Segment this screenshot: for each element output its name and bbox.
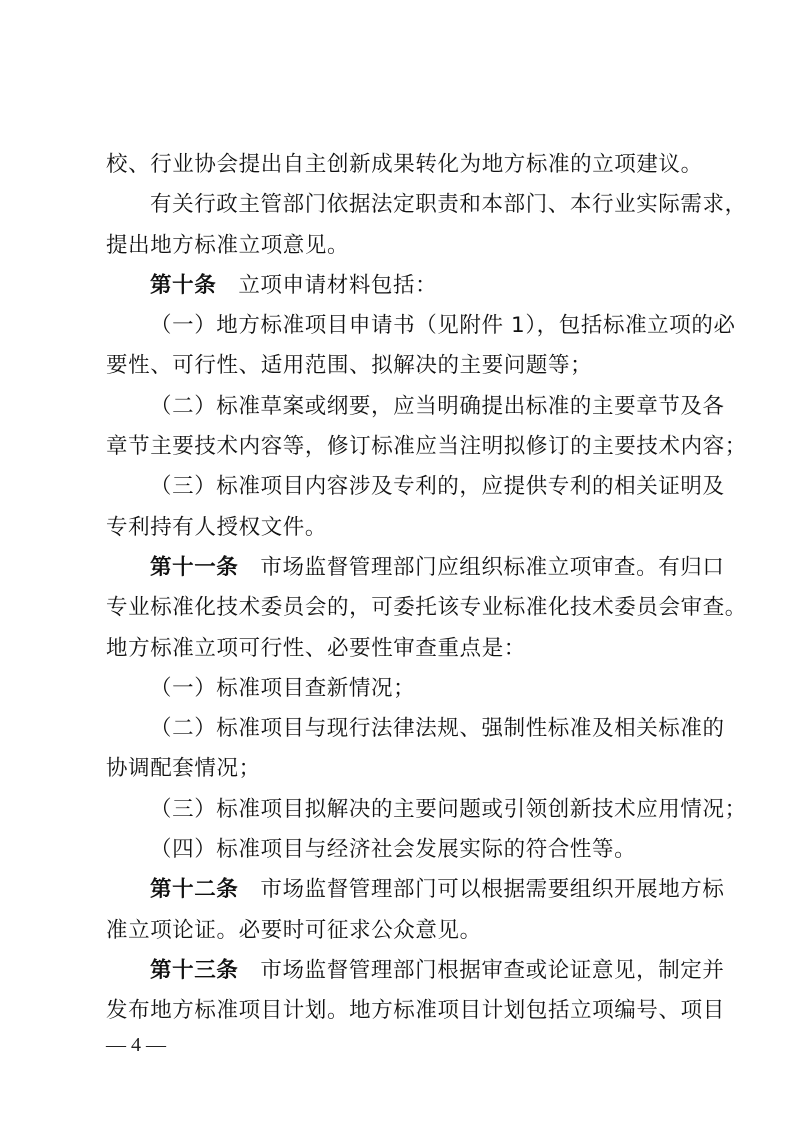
document-page: 校、行业协会提出自主创新成果转化为地方标准的立项建议。 有关行政主管部门依据法定… [106, 145, 714, 1032]
paragraph-line: 提出地方标准立项意见。 [106, 226, 714, 266]
article-text: 市场监督管理部门应组织标准立项审查。有归口 [260, 555, 724, 580]
list-item-line: （二）标准草案或纲要，应当明确提出标准的主要章节及各 [106, 387, 714, 427]
article-13-heading: 第十三条市场监督管理部门根据审查或论证意见，制定并 [106, 951, 714, 991]
list-item-line: （三）标准项目拟解决的主要问题或引领创新技术应用情况； [106, 790, 714, 830]
article-text: 立项申请材料包括： [238, 273, 437, 298]
page-number: — 4 — [106, 1033, 166, 1057]
paragraph-line: 校、行业协会提出自主创新成果转化为地方标准的立项建议。 [106, 145, 714, 185]
list-item-line: 协调配套情况； [106, 749, 714, 789]
list-item-line: （四）标准项目与经济社会发展实际的符合性等。 [106, 830, 714, 870]
article-text: 市场监督管理部门根据审查或论证意见，制定并 [260, 958, 724, 983]
article-label: 第十三条 [150, 958, 238, 983]
article-11-heading: 第十一条市场监督管理部门应组织标准立项审查。有归口 [106, 548, 714, 588]
list-item-line: （二）标准项目与现行法律法规、强制性标准及相关标准的 [106, 709, 714, 749]
list-item-line: （一）地方标准项目申请书（见附件 1），包括标准立项的必 [106, 306, 714, 346]
article-label: 第十条 [150, 273, 216, 298]
paragraph-line: 专业标准化技术委员会的，可委托该专业标准化技术委员会审查。 [106, 588, 714, 628]
list-item-line: 章节主要技术内容等，修订标准应当注明拟修订的主要技术内容； [106, 427, 714, 467]
list-item-line: 专利持有人授权文件。 [106, 508, 714, 548]
article-text: 市场监督管理部门可以根据需要组织开展地方标 [260, 877, 724, 902]
article-12-heading: 第十二条市场监督管理部门可以根据需要组织开展地方标 [106, 870, 714, 910]
article-label: 第十二条 [150, 877, 238, 902]
paragraph-line: 准立项论证。必要时可征求公众意见。 [106, 911, 714, 951]
article-label: 第十一条 [150, 555, 238, 580]
list-item-line: 要性、可行性、适用范围、拟解决的主要问题等； [106, 346, 714, 386]
paragraph-line: 有关行政主管部门依据法定职责和本部门、本行业实际需求， [106, 185, 714, 225]
article-10-heading: 第十条立项申请材料包括： [106, 266, 714, 306]
paragraph-line: 地方标准立项可行性、必要性审查重点是： [106, 629, 714, 669]
list-item-line: （一）标准项目查新情况； [106, 669, 714, 709]
paragraph-line: 发布地方标准项目计划。地方标准项目计划包括立项编号、项目 [106, 991, 714, 1031]
list-item-line: （三）标准项目内容涉及专利的，应提供专利的相关证明及 [106, 467, 714, 507]
